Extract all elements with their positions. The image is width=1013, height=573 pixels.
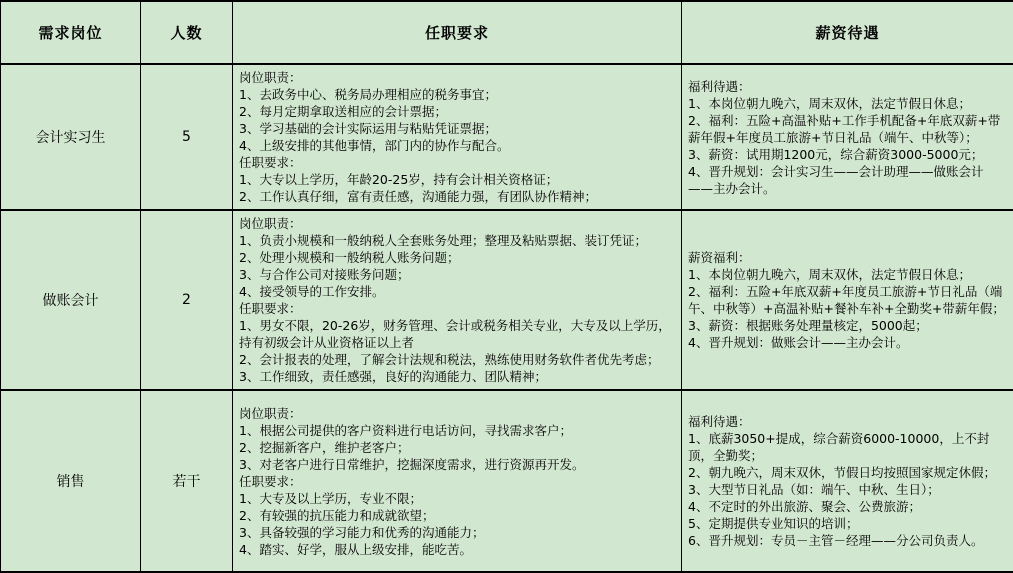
salary-cell: 福利待遇： 1、本岗位朝九晚六，周末双休，法定节假日休息； 2、福利：五险+高温… — [682, 64, 1013, 210]
header-requirements: 任职要求 — [233, 1, 682, 64]
count-cell: 2 — [141, 210, 233, 390]
table-row: 做账会计 2 岗位职责： 1、负责小规模和一般纳税人全套账务处理；整理及粘贴票据… — [1, 210, 1013, 390]
position-cell: 销售 — [1, 390, 141, 572]
position-cell: 做账会计 — [1, 210, 141, 390]
requirements-cell: 岗位职责： 1、去政务中心、税务局办理相应的税务事宜； 2、每月定期拿取送相应的… — [233, 64, 682, 210]
table-row: 销售 若干 岗位职责： 1、根据公司提供的客户资料进行电话访问，寻找需求客户； … — [1, 390, 1013, 572]
table-row: 会计实习生 5 岗位职责： 1、去政务中心、税务局办理相应的税务事宜； 2、每月… — [1, 64, 1013, 210]
requirements-cell: 岗位职责： 1、根据公司提供的客户资料进行电话访问，寻找需求客户； 2、挖掘新客… — [233, 390, 682, 572]
count-cell: 5 — [141, 64, 233, 210]
position-cell: 会计实习生 — [1, 64, 141, 210]
table-header-row: 需求岗位 人数 任职要求 薪资待遇 — [1, 1, 1013, 64]
requirements-cell: 岗位职责： 1、负责小规模和一般纳税人全套账务处理；整理及粘贴票据、装订凭证； … — [233, 210, 682, 390]
header-position: 需求岗位 — [1, 1, 141, 64]
salary-cell: 薪资福利： 1、本岗位朝九晚六，周末双休，法定节假日休息； 2、福利：五险+年底… — [682, 210, 1013, 390]
salary-cell: 福利待遇： 1、底薪3050+提成，综合薪资6000-10000，上不封顶，全勤… — [682, 390, 1013, 572]
header-count: 人数 — [141, 1, 233, 64]
recruitment-table: 需求岗位 人数 任职要求 薪资待遇 会计实习生 5 岗位职责： 1、去政务中心、… — [0, 0, 1013, 573]
header-salary: 薪资待遇 — [682, 1, 1013, 64]
count-cell: 若干 — [141, 390, 233, 572]
